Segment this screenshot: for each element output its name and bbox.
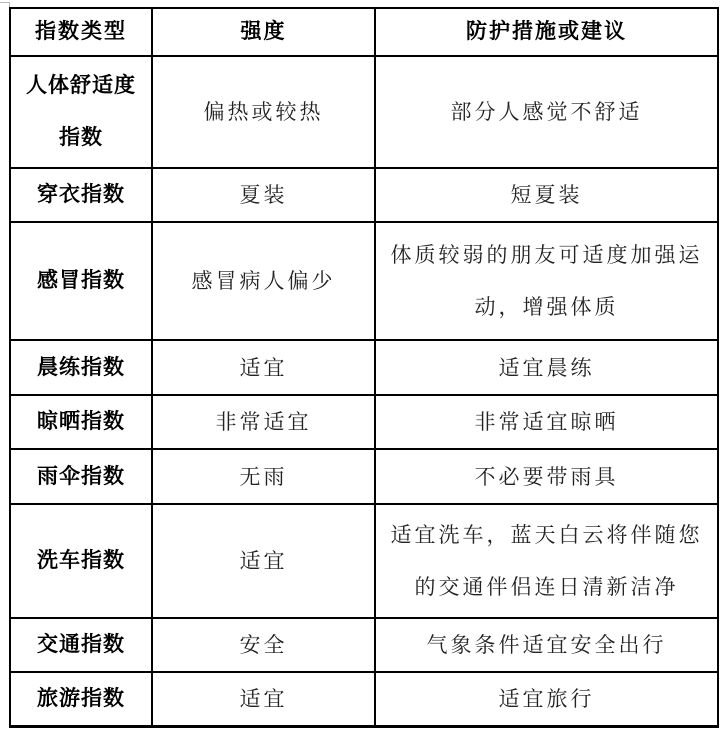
advice-cell: 体质较弱的朋友可适度加强运 动，增强体质 <box>375 222 718 340</box>
advice-cell: 部分人感觉不舒适 <box>375 56 718 168</box>
index-type-cell: 穿衣指数 <box>10 168 152 222</box>
index-type-cell: 交通指数 <box>10 618 152 672</box>
strength-cell: 适宜 <box>152 504 375 618</box>
strength-cell: 偏热或较热 <box>152 56 375 168</box>
table-row: 洗车指数 适宜 适宜洗车，蓝天白云将伴随您 的交通伴侣连日清新洁净 <box>10 504 718 618</box>
table-row: 穿衣指数 夏装 短夏装 <box>10 168 718 222</box>
advice-cell: 短夏装 <box>375 168 718 222</box>
table-row: 感冒指数 感冒病人偏少 体质较弱的朋友可适度加强运 动，增强体质 <box>10 222 718 340</box>
table-row: 旅游指数 适宜 适宜旅行 <box>10 672 718 727</box>
weather-index-table: 指数类型 强度 防护措施或建议 人体舒适度 指数 偏热或较热 部分人感觉不舒适 … <box>9 7 719 728</box>
advice-cell: 不必要带雨具 <box>375 449 718 504</box>
strength-cell: 适宜 <box>152 340 375 395</box>
strength-cell: 适宜 <box>152 672 375 727</box>
strength-cell: 无雨 <box>152 449 375 504</box>
table-row: 人体舒适度 指数 偏热或较热 部分人感觉不舒适 <box>10 56 718 168</box>
strength-cell: 夏装 <box>152 168 375 222</box>
header-strength: 强度 <box>152 8 375 56</box>
advice-cell: 适宜洗车，蓝天白云将伴随您 的交通伴侣连日清新洁净 <box>375 504 718 618</box>
table-row: 雨伞指数 无雨 不必要带雨具 <box>10 449 718 504</box>
advice-cell: 适宜旅行 <box>375 672 718 727</box>
advice-cell: 适宜晨练 <box>375 340 718 395</box>
strength-cell: 安全 <box>152 618 375 672</box>
advice-cell: 气象条件适宜安全出行 <box>375 618 718 672</box>
index-type-cell: 晾晒指数 <box>10 395 152 449</box>
index-type-cell: 旅游指数 <box>10 672 152 727</box>
table-row: 晨练指数 适宜 适宜晨练 <box>10 340 718 395</box>
header-index-type: 指数类型 <box>10 8 152 56</box>
index-type-cell: 感冒指数 <box>10 222 152 340</box>
table-row: 晾晒指数 非常适宜 非常适宜晾晒 <box>10 395 718 449</box>
table-row: 交通指数 安全 气象条件适宜安全出行 <box>10 618 718 672</box>
index-type-cell: 人体舒适度 指数 <box>10 56 152 168</box>
index-type-cell: 洗车指数 <box>10 504 152 618</box>
index-type-cell: 晨练指数 <box>10 340 152 395</box>
strength-cell: 非常适宜 <box>152 395 375 449</box>
index-type-cell: 雨伞指数 <box>10 449 152 504</box>
table-header-row: 指数类型 强度 防护措施或建议 <box>10 8 718 56</box>
header-advice: 防护措施或建议 <box>375 8 718 56</box>
strength-cell: 感冒病人偏少 <box>152 222 375 340</box>
advice-cell: 非常适宜晾晒 <box>375 395 718 449</box>
